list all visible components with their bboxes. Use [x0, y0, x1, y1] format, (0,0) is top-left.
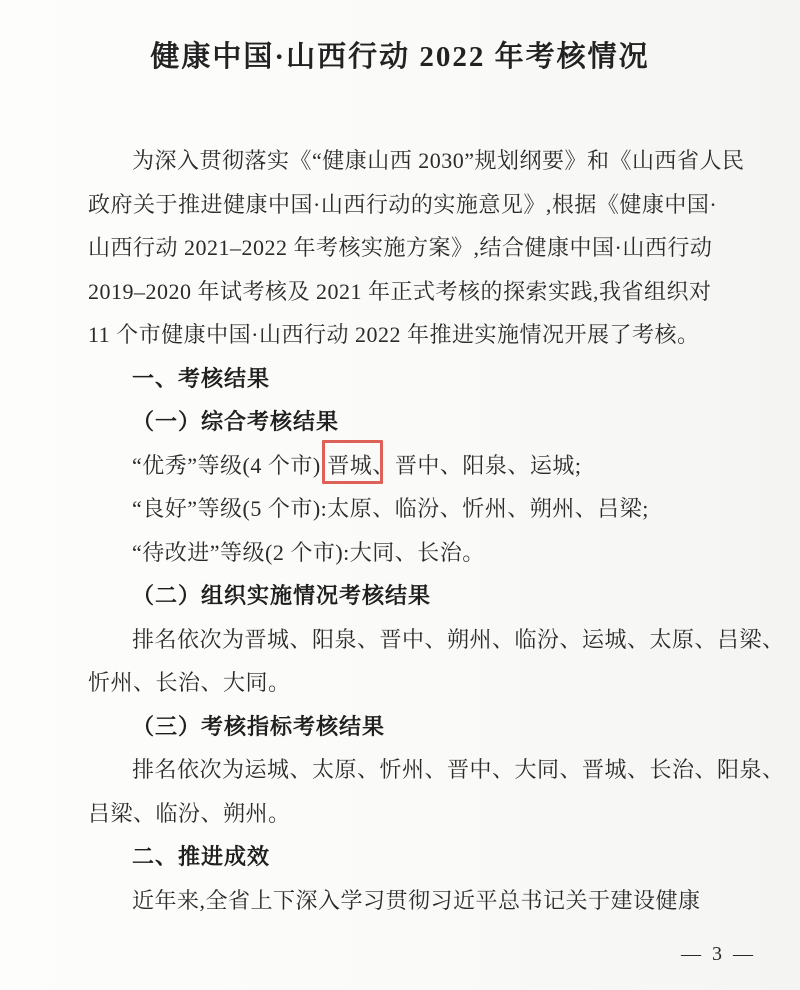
- document-page: 健康中国·山西行动 2022 年考核情况 为深入贯彻落实《“健康山西 2030”…: [0, 0, 800, 990]
- rank-org-line: 排名依次为晋城、阳泉、晋中、朔州、临汾、运城、太原、吕梁、: [88, 618, 748, 662]
- intro-line: 11 个市健康中国·山西行动 2022 年推进实施情况开展了考核。: [88, 313, 748, 357]
- intro-line: 山西行动 2021–2022 年考核实施方案》,结合健康中国·山西行动: [88, 226, 748, 270]
- document-title: 健康中国·山西行动 2022 年考核情况: [0, 34, 800, 75]
- subsection-heading-organization: （二）组织实施情况考核结果: [88, 574, 748, 618]
- section-heading-results: 一、考核结果: [88, 357, 748, 401]
- intro-line: 2019–2020 年试考核及 2021 年正式考核的探索实践,我省组织对: [88, 270, 748, 314]
- intro-line: 为深入贯彻落实《“健康山西 2030”规划纲要》和《山西省人民: [88, 139, 748, 183]
- progress-line: 近年来,全省上下深入学习贯彻习近平总书记关于建设健康: [88, 879, 748, 923]
- rank-indicator-line: 排名依次为运城、太原、忻州、晋中、大同、晋城、长治、阳泉、: [88, 748, 748, 792]
- document-body: 为深入贯彻落实《“健康山西 2030”规划纲要》和《山西省人民 政府关于推进健康…: [88, 139, 748, 922]
- good-grade-line: “良好”等级(5 个市):太原、临汾、忻州、朔州、吕梁;: [88, 487, 748, 531]
- section-heading-progress: 二、推进成效: [88, 835, 748, 879]
- improve-grade-line: “待改进”等级(2 个市):大同、长治。: [88, 531, 748, 575]
- subsection-heading-comprehensive: （一）综合考核结果: [88, 400, 748, 444]
- highlight-box-jincheng: 晋城: [327, 453, 372, 478]
- rank-org-line: 忻州、长治、大同。: [88, 661, 748, 705]
- subsection-heading-indicators: （三）考核指标考核结果: [88, 705, 748, 749]
- rank-indicator-line: 吕梁、临汾、朔州。: [88, 792, 748, 836]
- page-number: — 3 —: [681, 943, 756, 966]
- excellent-grade-line: “优秀”等级(4 个市):晋城、晋中、阳泉、运城;: [88, 444, 748, 488]
- excellent-grade-suffix: 、晋中、阳泉、运城;: [372, 453, 581, 478]
- intro-line: 政府关于推进健康中国·山西行动的实施意见》,根据《健康中国·: [88, 183, 748, 227]
- excellent-grade-prefix: “优秀”等级(4 个市):: [132, 453, 327, 478]
